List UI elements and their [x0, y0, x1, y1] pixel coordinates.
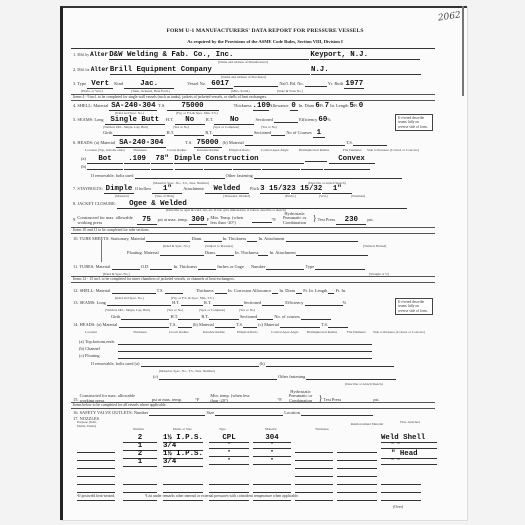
line-14-heads: 14. HEADS: (a) Material T.S. (b) Materia…: [73, 322, 437, 328]
heads-14-row-c: (c) Floating: [79, 353, 437, 359]
line-13-seams: 13. SEAMS: Long H.T. R.T. Sectioned Effi…: [73, 300, 437, 306]
line-1-manufacturer: 1. Mfd. by Alter D&W Welding & Fab. Co.,…: [73, 51, 437, 60]
table-row: [77, 482, 437, 490]
table-row: 2 1½ I.P.S. " " " Head: [77, 450, 437, 458]
line-5-girth: Girth H.T. R.T. Sectioned No of Courses …: [103, 129, 437, 138]
section-note-below: Items below to be completed for all vess…: [73, 403, 166, 407]
line-5-seams: 5. SEAMS: Long Single Butt H.T. No R.T. …: [73, 116, 437, 125]
heads-14-row-b: (b) Channel: [79, 346, 437, 352]
footnote-postweld: ¹If postweld heat-treated.: [77, 494, 115, 498]
heads-row-b: (b): [81, 164, 437, 170]
section-note-4-9: Items 4 - 9 incl. to be completed for si…: [73, 95, 267, 99]
heads-14-other-fastening: (c) Other fastening: [153, 374, 437, 380]
line-10-floating: Floating. Material Diam. In. Thickness I…: [127, 250, 437, 256]
line-10-tube-sheets: 10. TUBE SHEETS: Stationary, Material Di…: [73, 236, 437, 242]
purchaser-location: N.J.: [311, 66, 421, 75]
table-row: [77, 474, 437, 482]
heads-14-row-a: (a) Top,bottom,ends: [79, 339, 437, 345]
heads-14-removable: If removable, bolts used (a) (b): [91, 361, 437, 367]
table-row: 1 3/4 " " " ": [77, 458, 437, 466]
line-11-tubes: 11. TUBES: Material O.D. In. Thickness I…: [73, 264, 437, 270]
line-6-heads: 6. HEADS: (a) Material SA-240-304 T.S. 7…: [73, 139, 437, 148]
line-7-staybolts: 7. STAYBOLTS: Dimple If hollow 1" Attach…: [73, 185, 437, 194]
riveted-note-box-2: If riveted describe seams fully on rever…: [395, 298, 433, 315]
manufacturer-location: Keyport, N.J.: [310, 51, 420, 60]
heads-row-a: (a) Bot .109 78" Dimple Construction Con…: [81, 155, 437, 164]
line-17-nozzles: 17. NOZZLES: [73, 416, 437, 421]
table-row: 1 3/4 " " " ": [77, 442, 437, 450]
handwritten-number: 2062: [438, 10, 462, 23]
table-row: 2 1½ I.P.S. CPL 304 Weld Shell: [77, 434, 437, 442]
heads-removable: If removable, bolts used Other fastening: [91, 173, 437, 179]
page-edge: [462, 6, 464, 96]
section-note-10-11: Items 10 and 11 to be completed for tube…: [73, 228, 149, 232]
manufacturer-name: D&W Welding & Fab. Co., Inc.: [109, 51, 309, 60]
section-note-12-15: Items 12 - 15 incl. to be completed for …: [73, 277, 235, 281]
form-page: 2062 FORM U-1 MANUFACTURERS' DATA REPORT…: [60, 6, 467, 520]
line-12-shell: 12. SHELL: Material T.S. Thickness In. C…: [73, 288, 437, 294]
purchaser-name: Brill Equipment Company: [110, 66, 310, 75]
line-2-purchaser: 2. Mfd. for Alter Brill Equipment Compan…: [73, 66, 437, 75]
line-13-girth: Girth H.T. R.T. Sectioned No. of courses: [111, 314, 437, 320]
form-subtitle: As required by the Provisions of the ASM…: [63, 39, 467, 44]
line-9-constructed: 9. Constructed for max. allowable workin…: [73, 212, 437, 225]
form-title: FORM U-1 MANUFACTURERS' DATA REPORT FOR …: [63, 28, 467, 34]
line-4-shell: 4. SHELL: Material SA-240-304 T.S. 75000…: [73, 102, 437, 111]
line-3-type: 3. Type Vert Kind Jac. Vessel No. 6017 N…: [73, 80, 437, 89]
footnote-pressures: ²List under remarks other internal or ex…: [145, 494, 299, 498]
continued-label: (Over): [393, 505, 403, 509]
table-row: [77, 466, 437, 474]
divider: [71, 48, 435, 49]
